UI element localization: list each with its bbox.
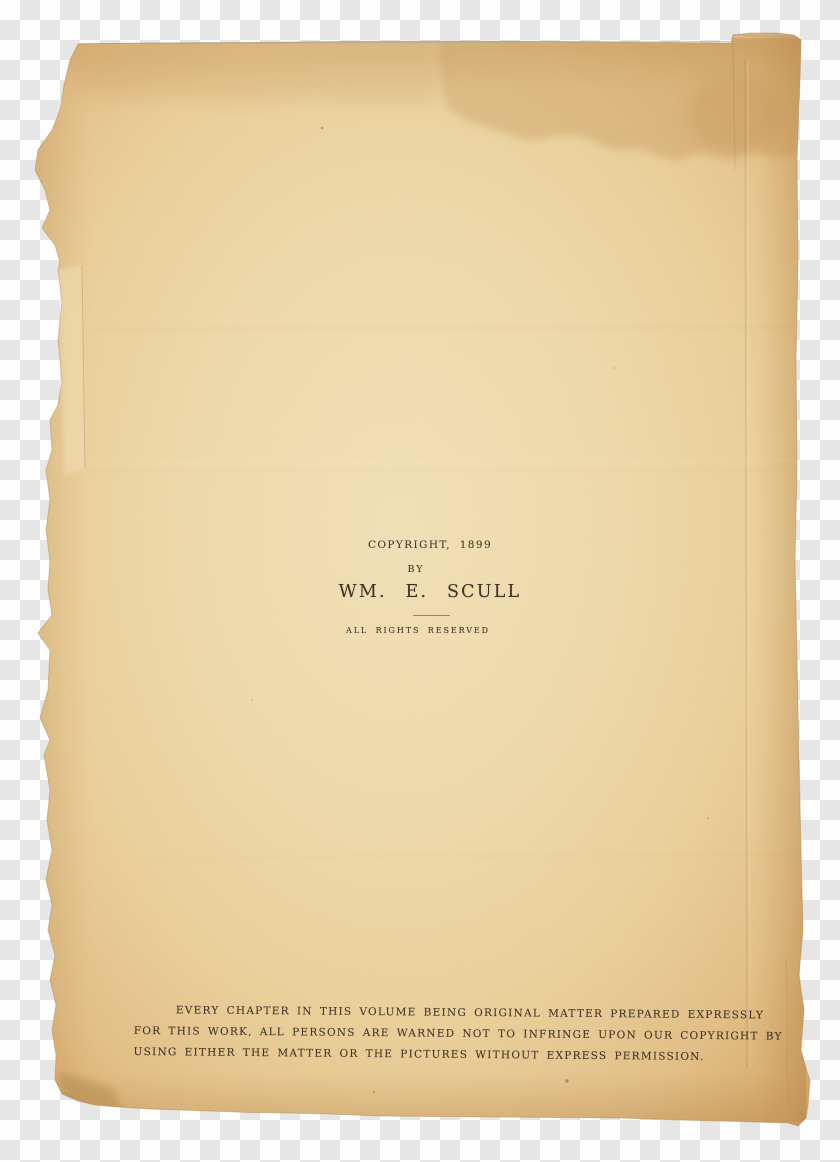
divider-rule <box>413 615 450 616</box>
author-name-line: WM. E. SCULL <box>130 582 730 602</box>
copyright-line: COPYRIGHT, 1899 <box>130 539 730 551</box>
paper-grain-texture <box>0 0 840 1162</box>
top-edge-line <box>80 35 799 44</box>
aged-paper-sheet <box>0 0 840 1162</box>
rights-reserved-line: ALL RIGHTS RESERVED <box>118 626 718 635</box>
notice-block: EVERY CHAPTER IN THIS VOLUME BEING ORIGI… <box>133 1000 774 1069</box>
transparency-checkerboard: COPYRIGHT, 1899 BY WM. E. SCULL ALL RIGH… <box>0 0 840 1162</box>
by-line: BY <box>116 564 716 575</box>
paper-aging-overlays <box>0 0 840 1162</box>
